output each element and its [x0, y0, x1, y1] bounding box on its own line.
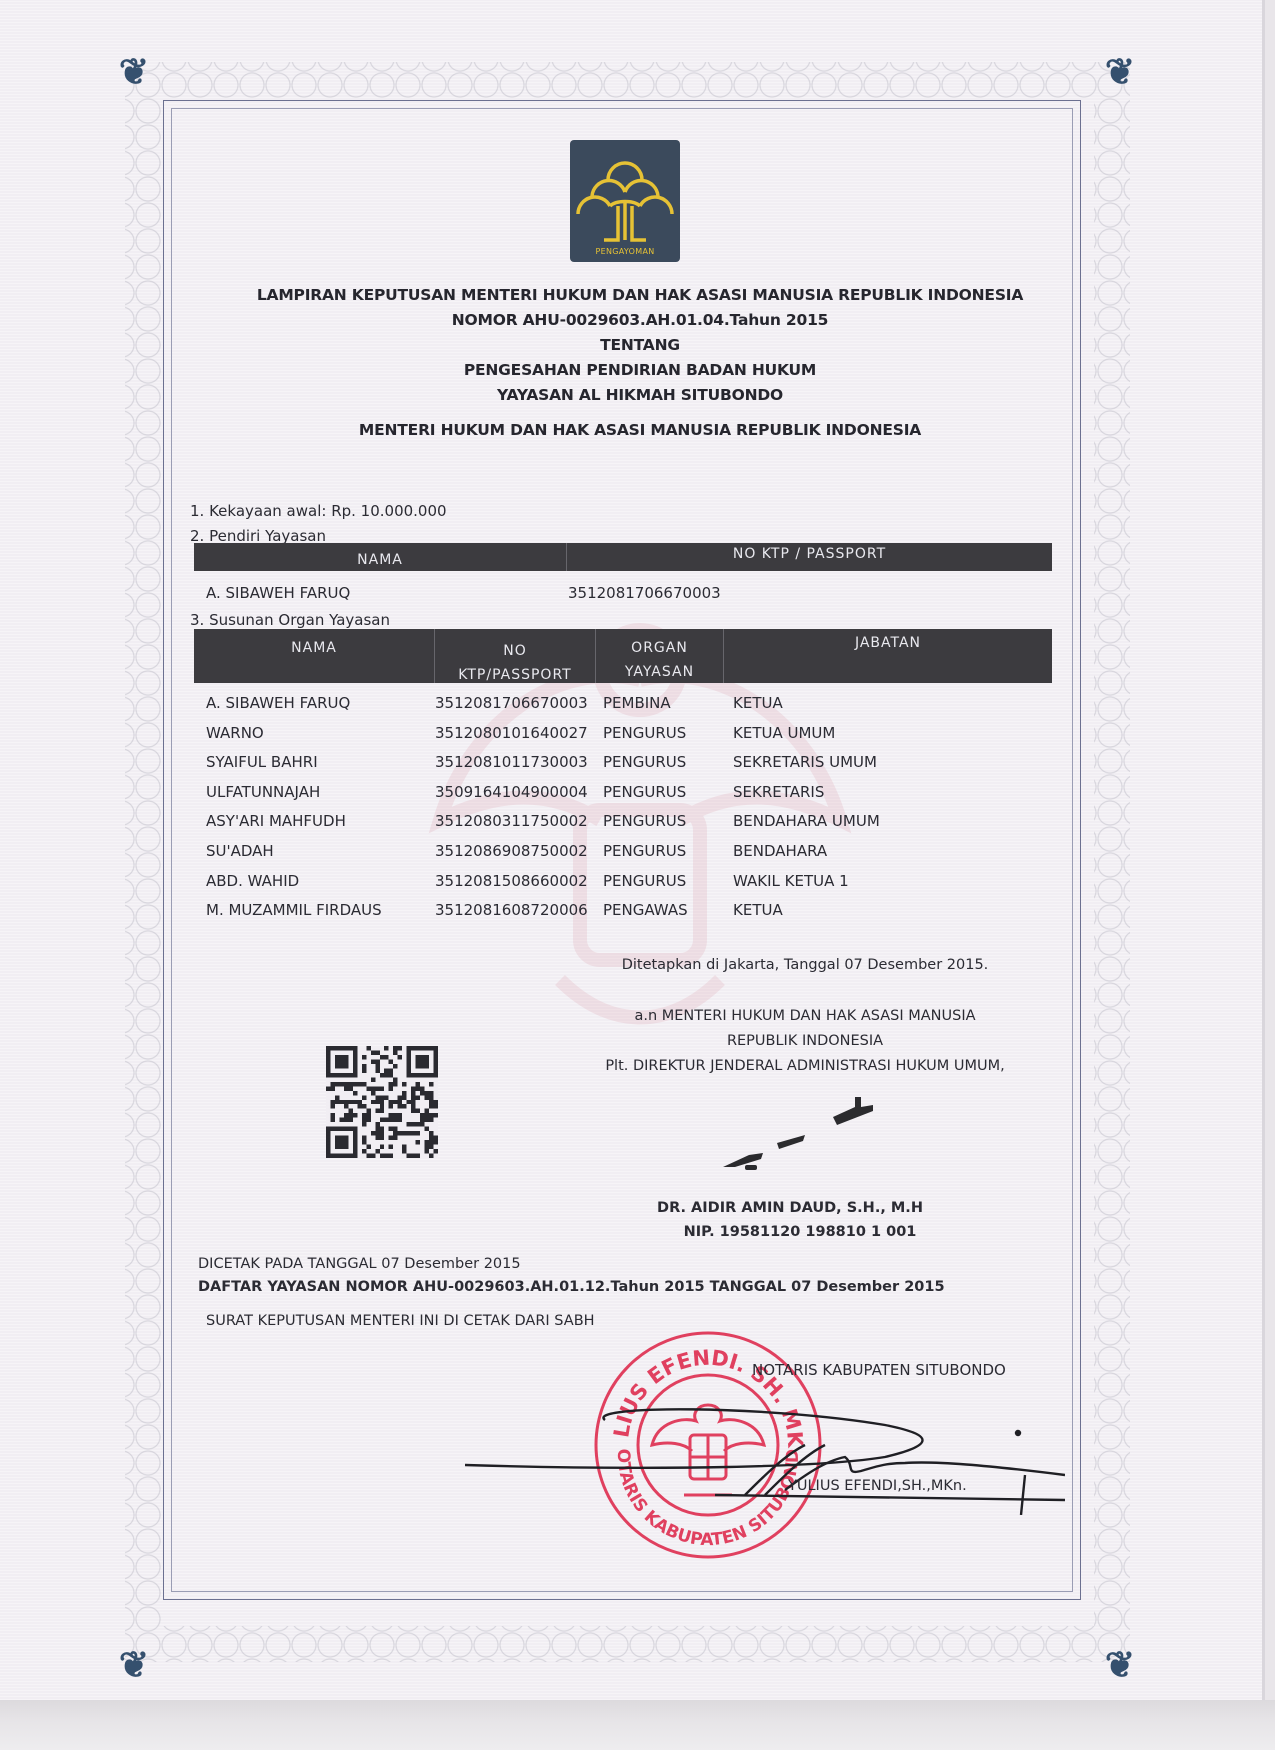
- organ-nama: M. MUZAMMIL FIRDAUS: [206, 897, 382, 923]
- organ-nama: ULFATUNNAJAH: [206, 779, 320, 805]
- corner-ornament-icon: ❦: [1100, 1645, 1140, 1685]
- organ-nama: ABD. WAHID: [206, 868, 299, 894]
- signatory-name: DR. AIDIR AMIN DAUD, S.H., M.H: [620, 1200, 960, 1216]
- organ-jabatan: BENDAHARA: [733, 838, 827, 864]
- organ-jabatan: SEKRETARIS UMUM: [733, 749, 877, 775]
- header-ktp: NO KTP / PASSPORT: [567, 543, 1052, 571]
- organ-organ: PENGAWAS: [603, 897, 688, 923]
- organ-ktp: 3509164104900004: [435, 779, 588, 805]
- organ-nama: SYAIFUL BAHRI: [206, 749, 318, 775]
- header-jabatan: JABATAN: [724, 629, 1052, 683]
- printed-date: DICETAK PADA TANGGAL 07 Desember 2015: [198, 1256, 521, 1272]
- organ-organ: PENGURUS: [603, 779, 686, 805]
- document-subtitle: MENTERI HUKUM DAN HAK ASASI MANUSIA REPU…: [200, 418, 1080, 443]
- founder-ktp: 3512081706670003: [568, 580, 721, 606]
- logo-caption: PENGAYOMAN: [570, 247, 680, 256]
- pengayoman-tree-icon: [570, 140, 680, 262]
- organ-ktp: 3512081608720006: [435, 897, 588, 923]
- founders-table-header: NAMA NO KTP / PASSPORT: [194, 543, 1052, 571]
- organ-organ: PENGURUS: [603, 749, 686, 775]
- header-organ-line2: YAYASAN: [596, 660, 723, 684]
- organ-ktp: 3512081011730003: [435, 749, 588, 775]
- corner-ornament-icon: ❦: [114, 52, 154, 92]
- on-behalf-line: a.n MENTERI HUKUM DAN HAK ASASI MANUSIA: [565, 1004, 1045, 1029]
- notary-title: NOTARIS KABUPATEN SITUBONDO: [752, 1361, 1006, 1379]
- document-title: LAMPIRAN KEPUTUSAN MENTERI HUKUM DAN HAK…: [200, 283, 1080, 443]
- on-behalf-line: REPUBLIK INDONESIA: [565, 1029, 1045, 1054]
- corner-ornament-icon: ❦: [1100, 52, 1140, 92]
- header-nama: NAMA: [194, 543, 567, 571]
- title-line: NOMOR AHU-0029603.AH.01.04.Tahun 2015: [200, 308, 1080, 333]
- organ-ktp: 3512080311750002: [435, 808, 588, 834]
- organ-ktp: 3512080101640027: [435, 720, 588, 746]
- organ-nama: A. SIBAWEH FARUQ: [206, 690, 350, 716]
- organ-jabatan: KETUA: [733, 897, 783, 923]
- registry-number: DAFTAR YAYASAN NOMOR AHU-0029603.AH.01.1…: [198, 1279, 945, 1295]
- organ-nama: WARNO: [206, 720, 264, 746]
- signatory-nip: NIP. 19581120 198810 1 001: [630, 1224, 970, 1240]
- header-nama: NAMA: [194, 629, 435, 683]
- organ-jabatan: SEKRETARIS: [733, 779, 824, 805]
- header-ktp-line1: NO: [435, 639, 595, 663]
- header-ktp: NO KTP/PASSPORT: [435, 629, 596, 683]
- corner-ornament-icon: ❦: [114, 1645, 154, 1685]
- organ-nama: SU'ADAH: [206, 838, 274, 864]
- organ-ktp: 3512081508660002: [435, 868, 588, 894]
- qr-code-icon: [326, 1046, 438, 1158]
- notary-name: YULIUS EFENDI,SH.,MKn.: [788, 1478, 967, 1494]
- organ-organ: PENGURUS: [603, 838, 686, 864]
- organ-organ: PEMBINA: [603, 690, 671, 716]
- title-line: TENTANG: [200, 333, 1080, 358]
- official-signature-icon: [715, 1095, 895, 1175]
- header-ktp-line2: KTP/PASSPORT: [435, 663, 595, 687]
- organ-jabatan: WAKIL KETUA 1: [733, 868, 849, 894]
- initial-assets: 1. Kekayaan awal: Rp. 10.000.000: [190, 502, 447, 520]
- organ-ktp: 3512086908750002: [435, 838, 588, 864]
- organ-nama: ASY'ARI MAHFUDH: [206, 808, 346, 834]
- organ-jabatan: KETUA: [733, 690, 783, 716]
- title-line: PENGESAHAN PENDIRIAN BADAN HUKUM: [200, 358, 1080, 383]
- organ-organ: PENGURUS: [603, 808, 686, 834]
- organ-table-header: NAMA NO KTP/PASSPORT ORGAN YAYASAN JABAT…: [194, 629, 1052, 683]
- organ-label: 3. Susunan Organ Yayasan: [190, 611, 390, 629]
- organ-jabatan: KETUA UMUM: [733, 720, 835, 746]
- notary-signature-icon: [465, 1375, 1065, 1515]
- title-line: YAYASAN AL HIKMAH SITUBONDO: [200, 383, 1080, 408]
- plastic-sleeve-edge: [0, 1700, 1275, 1750]
- signatory-office: a.n MENTERI HUKUM DAN HAK ASASI MANUSIA …: [565, 1004, 1045, 1079]
- sabh-note: SURAT KEPUTUSAN MENTERI INI DI CETAK DAR…: [206, 1313, 595, 1329]
- founder-name: A. SIBAWEH FARUQ: [206, 580, 350, 606]
- header-organ: ORGAN YAYASAN: [596, 629, 724, 683]
- pengayoman-logo: PENGAYOMAN: [570, 140, 680, 262]
- title-line: LAMPIRAN KEPUTUSAN MENTERI HUKUM DAN HAK…: [200, 283, 1080, 308]
- header-organ-line1: ORGAN: [596, 636, 723, 660]
- organ-ktp: 3512081706670003: [435, 690, 588, 716]
- on-behalf-line: Plt. DIREKTUR JENDERAL ADMINISTRASI HUKU…: [565, 1054, 1045, 1079]
- organ-organ: PENGURUS: [603, 720, 686, 746]
- organ-organ: PENGURUS: [603, 868, 686, 894]
- organ-jabatan: BENDAHARA UMUM: [733, 808, 880, 834]
- decree-place-date: Ditetapkan di Jakarta, Tanggal 07 Desemb…: [590, 957, 1020, 973]
